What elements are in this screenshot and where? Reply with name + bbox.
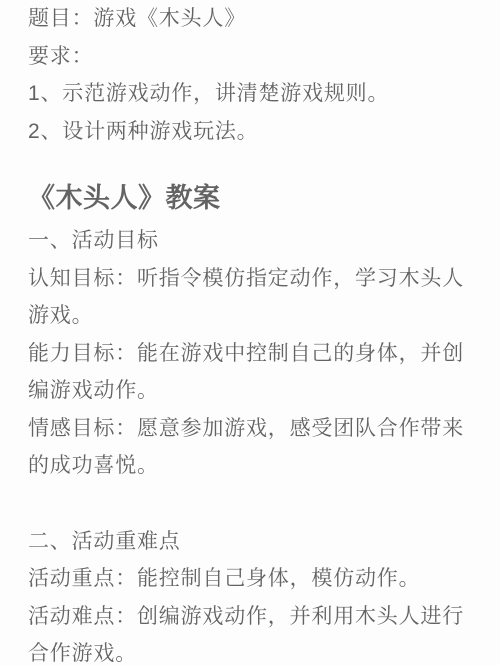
emotional-goal-line-1: 情感目标：愿意参加游戏，感受团队合作带来 bbox=[28, 410, 470, 448]
focus-line: 活动重点：能控制自己身体，模仿动作。 bbox=[28, 560, 470, 598]
requirement-item-1: 1、示范游戏动作，讲清楚游戏规则。 bbox=[28, 75, 470, 113]
ability-goal-line-2: 编游戏动作。 bbox=[28, 372, 470, 410]
cognitive-goal-line-2: 游戏。 bbox=[28, 297, 470, 335]
requirements-label: 要求： bbox=[28, 38, 470, 76]
emotional-goal-line-2: 的成功喜悦。 bbox=[28, 447, 470, 485]
difficulty-line-2: 合作游戏。 bbox=[28, 635, 470, 665]
document-page: 题目：游戏《木头人》 要求： 1、示范游戏动作，讲清楚游戏规则。 2、设计两种游… bbox=[0, 0, 500, 665]
cognitive-goal-line-1: 认知目标：听指令模仿指定动作，学习木头人 bbox=[28, 260, 470, 298]
ability-goal-line-1: 能力目标：能在游戏中控制自己的身体，并创 bbox=[28, 335, 470, 373]
difficulty-line-1: 活动难点：创编游戏动作，并利用木头人进行 bbox=[28, 598, 470, 636]
requirement-item-2: 2、设计两种游戏玩法。 bbox=[28, 113, 470, 151]
section-key-points-heading: 二、活动重难点 bbox=[28, 523, 470, 561]
assignment-title-line: 题目：游戏《木头人》 bbox=[28, 0, 470, 38]
section-goals-heading: 一、活动目标 bbox=[28, 222, 470, 260]
lesson-plan-title: 《木头人》教案 bbox=[28, 176, 470, 220]
